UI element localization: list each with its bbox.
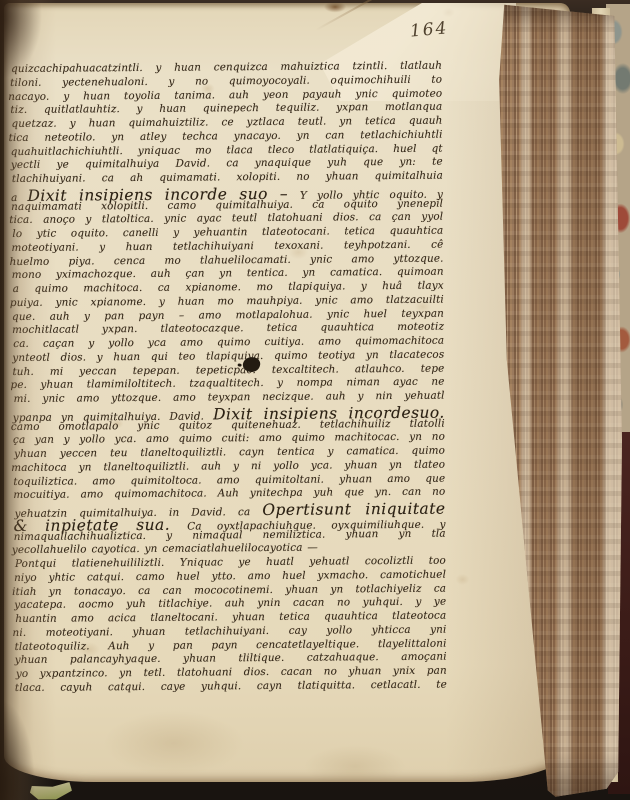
body-text: camo omotlapalo ynic quitoz quitenehuaz.… [11, 417, 445, 432]
body-text: Pontqui tlatienehuililiztli. Yniquac ye … [15, 555, 446, 570]
body-text: ynteotl dios. y huan qui teo tlapiquiya.… [12, 348, 444, 363]
text-line: tlaca. cayuh catqui. caye yuhqui. cayn t… [15, 678, 447, 695]
manuscript-photo: 164 quizcachipahuacatzintli. y huan cenq… [0, 0, 630, 800]
body-text: yectli ye quimitalhuiya David. ca ynaqui… [11, 156, 443, 171]
text-block: quizcachipahuacatzintli. y huan cenquizc… [10, 60, 447, 696]
body-text: a quimo machitoca. ca xpianome. mo tlapi… [13, 280, 444, 295]
body-text: huelmo piya. cenca mo tlahuelilocamati. … [10, 252, 444, 267]
body-text: machitoca yn tlaneltoquiliztli. auh y ni… [11, 458, 445, 473]
body-text: mochitlacatl yxpan. tlateotocazque. teti… [12, 321, 444, 336]
body-text: quizcachipahuacatzintli. y huan cenquizc… [11, 60, 442, 75]
body-text: tlachihuiyani. ca ah quimamati. xolopiti… [12, 170, 443, 185]
bookmark-ribbon [29, 782, 72, 800]
body-text: ca. caçan y yollo yca amo quimo cuitiya.… [13, 335, 444, 350]
body-text: que. auh y pan payn – amo motlapalohua. … [12, 307, 444, 322]
page-number: 164 [409, 18, 449, 41]
body-text: tica. anoço y tlatoltica. ynic ayac teut… [9, 211, 443, 226]
body-text: tlateotoquiliz. Auh y pan payn cencatetl… [15, 637, 447, 652]
body-text: yecollahuelilo cayotica. yn cemaciatlahu… [12, 542, 318, 556]
body-text: yhuan yeccen teu tlaneltoquiliztli. cayn… [14, 445, 445, 460]
body-text: niyo yhtic catqui. camo huel ytto. amo h… [14, 568, 446, 583]
body-text: yacatepa. aocmo yuh titlachiye. auh ynin… [14, 596, 446, 611]
body-text: nacayo. y huan toyolia tanima. auh yeon … [8, 87, 442, 102]
body-text: moteotiyani. y huan tetlachihuiyani texo… [11, 238, 443, 253]
body-text: puiya. ynic xpianome. y huan mo mauhpiya… [10, 293, 444, 308]
body-text: lo ytic oquito. canelli y yehuantin tlat… [12, 225, 443, 240]
body-text: toquiliztica. amo quimitoltoca. amo quim… [13, 472, 445, 487]
body-text: nimaquallachihualiztica. y nimaqual nemi… [14, 527, 446, 542]
body-text: naquimamati xolopitli. camo quimitalhuiy… [11, 197, 443, 212]
body-text: tlaca. cayuh catqui. caye yuhqui. cayn t… [15, 678, 447, 693]
body-text: pe. yhuan tlamimiloltitech. tzaqualtitec… [10, 376, 444, 391]
body-text: tiloni. yectenehualoni. y no quimoyocoya… [10, 73, 442, 88]
body-text: yhuan palancayhyaque. yhuan tliltique. c… [15, 651, 447, 666]
body-text: mono yximachozque. auh çan yn tentica. y… [12, 266, 444, 281]
body-text: ni. moteotiyani. yhuan tetlachihuiyani. … [12, 623, 446, 638]
body-text: tuh. mi yeccan tepepan. tepeticpac. texc… [12, 362, 444, 377]
body-text: ça yan y yollo yca. amo quimo cuiti: amo… [13, 431, 445, 446]
body-text: huantin amo acica tlaneltocani. yhuan te… [15, 610, 446, 625]
book-page: 164 quizcachipahuacatzintli. y huan cenq… [4, 3, 570, 782]
body-text: itiah yn tonacayo. ca can mococotinemi. … [12, 582, 446, 597]
body-text: mocuitiya. amo quimomachitoca. Auh ynite… [13, 486, 445, 501]
body-text: tica neteotilo. yn atley techca ynacayo.… [9, 128, 443, 143]
body-text: tiz. quitlatlauhtiz. y huan quinepech te… [10, 101, 442, 116]
body-text: mi. ynic amo yttozque. amo teyxpan neciz… [14, 390, 445, 405]
body-text: quahuitlachichiuhtli. yniquac mo tlaca t… [11, 142, 443, 157]
body-text: quetzaz. y huan quimahuiztiliz. ce yztla… [11, 115, 442, 130]
body-text: yo yxpantzinco. yn tetl. tlatohuani dios… [16, 665, 447, 680]
